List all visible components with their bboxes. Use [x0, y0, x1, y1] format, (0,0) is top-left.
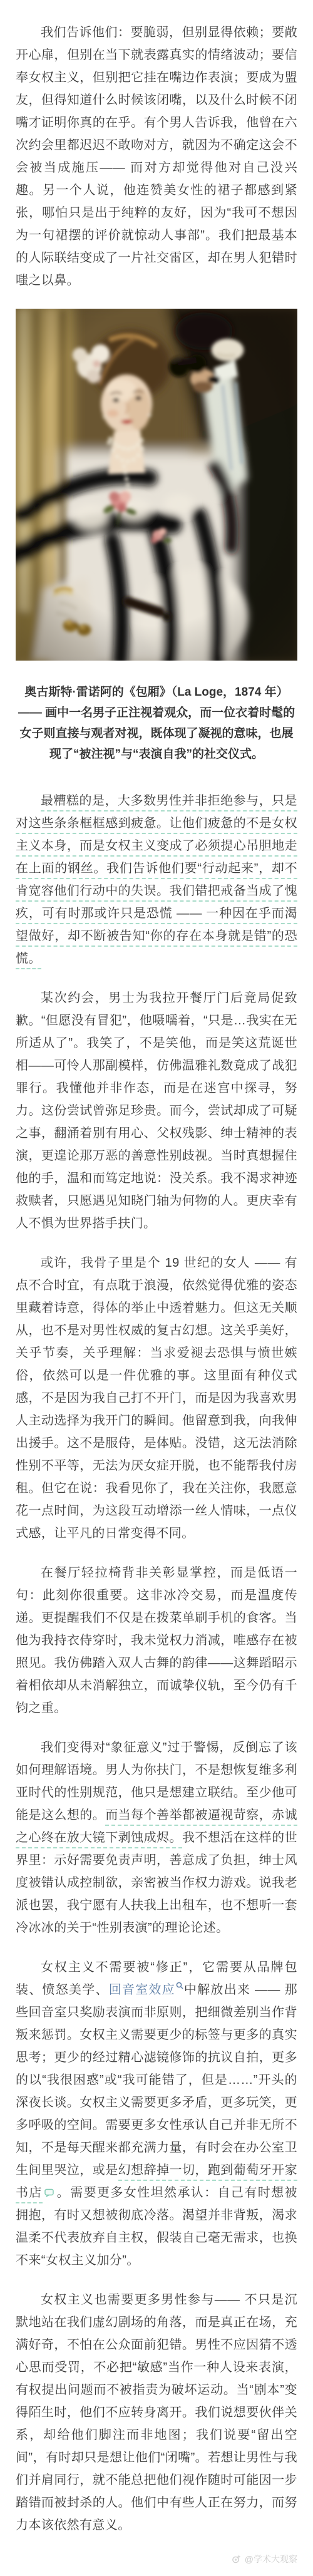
paragraph-4: 或许，我骨子里是个 19 世纪的女人 —— 有点不合时宜，有点耽于浪漫，依然觉得…	[16, 1252, 297, 1545]
echo-chamber-effect-link[interactable]: 回音室效应	[109, 1983, 183, 1997]
paragraph-8: 女权主义也需要更多男性参与—— 不只是沉默地站在我们虚幻剧场的角落，而是真正在场…	[16, 2289, 297, 2537]
renoir-la-loge-painting	[16, 309, 297, 661]
link-label: 回音室效应	[109, 1983, 175, 1997]
paragraph-1: 我们告诉他们：要脆弱，但别显得依赖；要敞开心扉，但别在当下就表露真实的情绪波动；…	[16, 21, 297, 292]
watermark-handle: @学术大观察	[245, 2553, 297, 2565]
lens-sparkle-icon	[232, 2554, 242, 2564]
paragraph-5: 在餐厅轻拉椅背非关彰显掌控，而是低语一句：此刻你很重要。这非冰冷交易，而是温度传…	[16, 1562, 297, 1719]
paragraph-7: 女权主义不需要被“修正”，它需要从品牌包装、愤怒美学、回音室效应中解放出来 ——…	[16, 1956, 297, 2272]
highlighted-passage: 最糟糕的是，大多数男性并非拒绝参与，只是对这些条条框框感到疲惫。让他们疲惫的不是…	[16, 794, 297, 969]
comment-bubble-icon[interactable]	[44, 2188, 54, 2197]
paragraph-7-text: 。需要更多女性坦然承认：自己有时想被拥抱，有时又想被彻底冷落。渴望并非背叛，渴求…	[16, 2186, 297, 2267]
image-caption: 奥古斯特·雷诺阿的《包厢》（La Loge，1874 年）—— 画中一名男子正注…	[16, 682, 297, 765]
painting-figure	[16, 309, 297, 661]
paragraph-6: 我们变得对“象征意义”过于警惕，反倒忘了该如何理解语境。男人为你扶门，不是想恢复…	[16, 1736, 297, 1939]
paragraph-3: 某次约会，男士为我拉开餐厅门后竟局促致歉。“但愿没有冒犯”，他嗫嚅着，“只是…我…	[16, 987, 297, 1235]
watermark: @学术大观察	[16, 2553, 297, 2565]
paragraph-2: 最糟糕的是，大多数男性并非拒绝参与，只是对这些条条框框感到疲惫。让他们疲惫的不是…	[16, 790, 297, 970]
paragraph-7-text: 中解放出来 —— 那些回音室只奖励表演而非原则，把细微差别当作背叛来惩罚。女权主…	[16, 1983, 297, 2177]
search-icon	[176, 1982, 183, 1989]
